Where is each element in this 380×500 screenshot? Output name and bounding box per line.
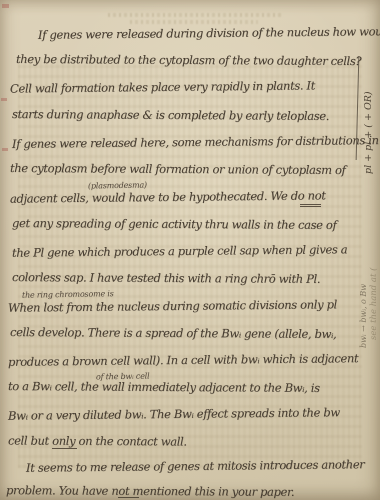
manuscript-line: adjacent cells, would have to be hypothe… [10, 188, 326, 205]
manuscript-line: the cytoplasm before wall formation or u… [10, 161, 346, 177]
margin-formula-note: bwᵢ → bwᵢ, o Bw [359, 252, 368, 348]
letterhead-ghost-line [108, 13, 284, 17]
manuscript-page: If genes were released during division o… [0, 0, 380, 500]
manuscript-line: get any spreading of genic activity thru… [12, 216, 336, 232]
underline-not [300, 206, 321, 207]
manuscript-line: to a Bwᵢ cell, the wall immediately adja… [8, 379, 320, 395]
manuscript-line: they be distributed to the cytoplasm of … [16, 52, 361, 68]
manuscript-line: Cell wall formation takes place very rap… [10, 78, 315, 95]
interlinear-insertion: the ring chromosome is [22, 289, 114, 300]
underline-not [300, 204, 321, 205]
manuscript-line: starts during anaphase & is completed by… [12, 107, 329, 123]
manuscript-line: the Pl gene which produces a purple cell… [12, 242, 347, 260]
manuscript-line: cell but only on the contact wall. [8, 433, 187, 448]
interlinear-insertion: of the bwᵢ cell [96, 372, 150, 382]
underline-only [52, 448, 77, 449]
manuscript-line: Bwᵢ or a very diluted bwᵢ. The Bwᵢ effec… [8, 405, 340, 422]
letterhead-ghost-line [130, 20, 258, 24]
margin-pencil-note: see the hand at ( [369, 150, 379, 340]
manuscript-line: If genes were released during division o… [38, 24, 380, 42]
underline-not [118, 497, 139, 498]
manuscript-line: problem. You have not mentioned this in … [6, 483, 294, 499]
manuscript-line: When lost from the nucleus during somati… [8, 297, 337, 314]
red-edge-mark [2, 148, 8, 151]
manuscript-line: If genes were released here, some mechan… [12, 133, 379, 151]
red-edge-mark [2, 4, 9, 8]
manuscript-line: It seems to me release of genes at mitos… [26, 457, 365, 475]
interlinear-insertion: (plasmodesma) [88, 180, 147, 190]
manuscript-line: produces a brown cell wall). In a cell w… [8, 351, 358, 369]
manuscript-line: colorless sap. I have tested this with a… [12, 270, 320, 286]
red-edge-mark [1, 98, 7, 101]
manuscript-line: cells develop. There is a spread of the … [10, 325, 336, 341]
